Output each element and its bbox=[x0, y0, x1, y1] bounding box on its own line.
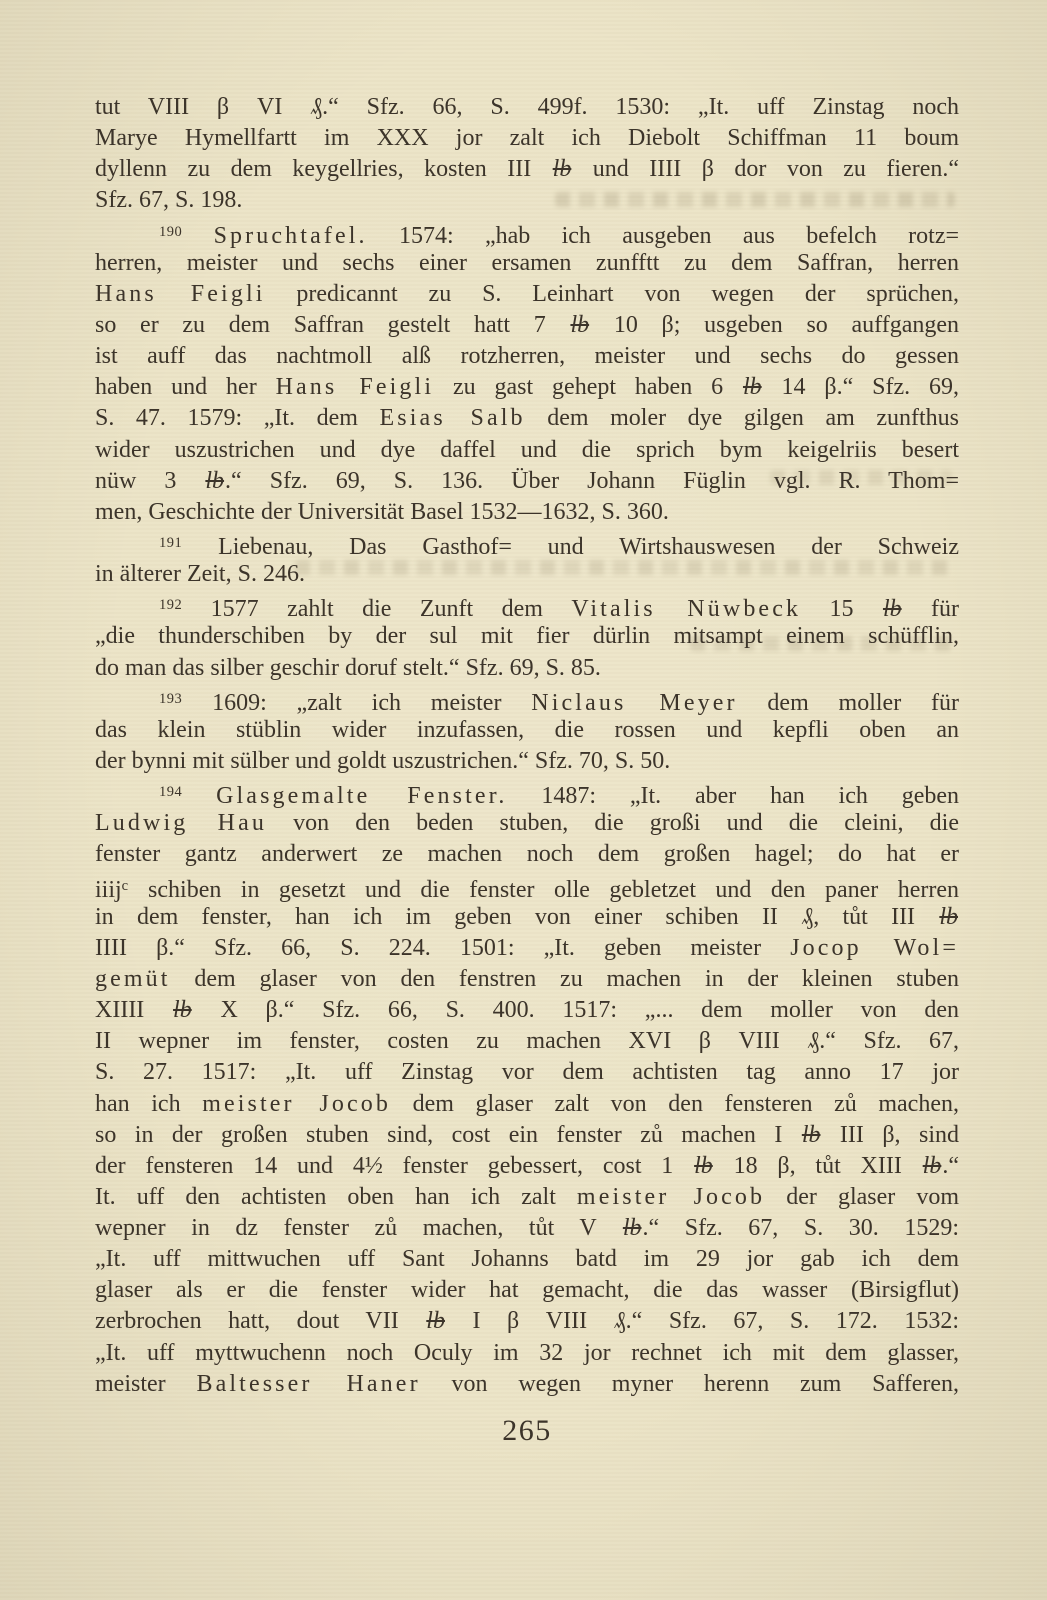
pound-sign: lb bbox=[552, 156, 573, 182]
text-line: ist auff das nachtmoll alß rotzherren, m… bbox=[95, 341, 959, 372]
pound-sign: lb bbox=[742, 374, 763, 400]
text-line: zerbrochen hatt, dout VII lb I β VIII ₰.… bbox=[95, 1306, 959, 1337]
text-line: in älterer Zeit, S. 246. bbox=[95, 559, 959, 590]
text-line: in dem fenster, han ich im geben von ein… bbox=[95, 902, 959, 933]
text-line: „die thunderschiben by der sul mit fier … bbox=[95, 621, 959, 652]
text-line: 193 1609: „zalt ich meister Niclaus Meye… bbox=[95, 684, 959, 715]
book-page: tut VIII β VI ₰.“ Sfz. 66, S. 499f. 1530… bbox=[0, 0, 1047, 1600]
page-number: 265 bbox=[95, 1414, 959, 1448]
text-line: dyllenn zu dem keygellries, kosten III l… bbox=[95, 154, 959, 185]
pound-sign: lb bbox=[204, 468, 225, 494]
text-line: 192 1577 zahlt die Zunft dem Vitalis Nüw… bbox=[95, 590, 959, 621]
person-name: gemüt bbox=[95, 966, 171, 992]
text-line: II wepner im fenster, costen zu machen X… bbox=[95, 1026, 959, 1057]
footnote-number: 194 bbox=[159, 784, 182, 800]
person-name: Hans Feigli bbox=[95, 281, 266, 307]
text-line: wepner in dz fenster zů machen, tůt V lb… bbox=[95, 1213, 959, 1244]
person-name: Jocop Wol= bbox=[790, 935, 959, 961]
pound-sign: lb bbox=[569, 312, 590, 338]
pound-sign: lb bbox=[693, 1153, 714, 1179]
text-line: XIIII lb X β.“ Sfz. 66, S. 400. 1517: „.… bbox=[95, 995, 959, 1026]
text-line: IIII β.“ Sfz. 66, S. 224. 1501: „It. geb… bbox=[95, 933, 959, 964]
text-line: do man das silber geschir doruf stelt.“ … bbox=[95, 653, 959, 684]
text-line: 191 Liebenau, Das Gasthof= und Wirtshaus… bbox=[95, 528, 959, 559]
text-line: der bynni mit sülber und goldt uszustric… bbox=[95, 746, 959, 777]
text-line: fenster gantz anderwert ze machen noch d… bbox=[95, 839, 959, 870]
footnote-number: 191 bbox=[159, 535, 182, 551]
person-name: Niclaus Meyer bbox=[531, 690, 737, 715]
text-line: tut VIII β VI ₰.“ Sfz. 66, S. 499f. 1530… bbox=[95, 92, 959, 123]
person-name: Esias Salb bbox=[380, 405, 526, 431]
text-line: glaser als er die fenster wider hat gema… bbox=[95, 1275, 959, 1306]
footnotes-block: tut VIII β VI ₰.“ Sfz. 66, S. 499f. 1530… bbox=[95, 92, 959, 1400]
text-line: Hans Feigli predicannt zu S. Leinhart vo… bbox=[95, 279, 959, 310]
text-line: „It. uff myttwuchenn noch Oculy im 32 jo… bbox=[95, 1338, 959, 1369]
pound-sign: lb bbox=[425, 1308, 446, 1334]
pound-sign: lb bbox=[801, 1122, 822, 1148]
person-name: meister Jocob bbox=[202, 1091, 391, 1117]
text-line: 190 Spruchtafel. 1574: „hab ich ausgeben… bbox=[95, 217, 959, 248]
text-line: Marye Hymellfartt im XXX jor zalt ich Di… bbox=[95, 123, 959, 154]
text-line: S. 27. 1517: „It. uff Zinstag vor dem ac… bbox=[95, 1057, 959, 1088]
text-line: S. 47. 1579: „It. dem Esias Salb dem mol… bbox=[95, 403, 959, 434]
person-name: meister Jocob bbox=[577, 1184, 765, 1210]
pound-sign: lb bbox=[938, 904, 959, 930]
text-line: meister Baltesser Haner von wegen myner … bbox=[95, 1369, 959, 1400]
person-name: Baltesser Haner bbox=[196, 1371, 420, 1397]
text-line: Sfz. 67, S. 198. bbox=[95, 185, 959, 216]
text-line: nüw 3 lb.“ Sfz. 69, S. 136. Über Johann … bbox=[95, 466, 959, 497]
person-name: Glasgemalte Fenster. bbox=[216, 783, 508, 808]
text-line: haben und her Hans Feigli zu gast gehept… bbox=[95, 372, 959, 403]
text-line: gemüt dem glaser von den fenstren zu mac… bbox=[95, 964, 959, 995]
person-name: Ludwig Hau bbox=[95, 810, 267, 836]
person-name: Vitalis Nüwbeck bbox=[571, 596, 801, 621]
text-line: das klein stüblin wider inzufassen, die … bbox=[95, 715, 959, 746]
text-line: han ich meister Jocob dem glaser zalt vo… bbox=[95, 1089, 959, 1120]
person-name: Spruchtafel. bbox=[214, 223, 368, 248]
pound-sign: lb bbox=[172, 997, 193, 1023]
person-name: Hans Feigli bbox=[276, 374, 435, 400]
text-line: men, Geschichte der Universität Basel 15… bbox=[95, 497, 959, 528]
text-line: herren, meister und sechs einer ersamen … bbox=[95, 248, 959, 279]
footnote-number: 192 bbox=[159, 597, 182, 613]
pound-sign: lb bbox=[622, 1215, 643, 1241]
text-line: iiijc schiben in gesetzt und die fenster… bbox=[95, 871, 959, 902]
footnote-number: 190 bbox=[159, 224, 182, 240]
pound-sign: lb bbox=[882, 596, 903, 621]
text-line: so in der großen stuben sind, cost ein f… bbox=[95, 1120, 959, 1151]
text-line: Ludwig Hau von den beden stuben, die gro… bbox=[95, 808, 959, 839]
text-line: 194 Glasgemalte Fenster. 1487: „It. aber… bbox=[95, 777, 959, 808]
text-line: wider uszustrichen und dye daffel und di… bbox=[95, 435, 959, 466]
text-line: „It. uff mittwuchen uff Sant Johanns bat… bbox=[95, 1244, 959, 1275]
footnote-number: c bbox=[122, 878, 129, 894]
text-line: It. uff den achtisten oben han ich zalt … bbox=[95, 1182, 959, 1213]
text-line: der fensteren 14 und 4½ fenster gebesser… bbox=[95, 1151, 959, 1182]
text-line: so er zu dem Saffran gestelt hatt 7 lb 1… bbox=[95, 310, 959, 341]
footnote-number: 193 bbox=[159, 691, 182, 707]
pound-sign: lb bbox=[922, 1153, 943, 1179]
